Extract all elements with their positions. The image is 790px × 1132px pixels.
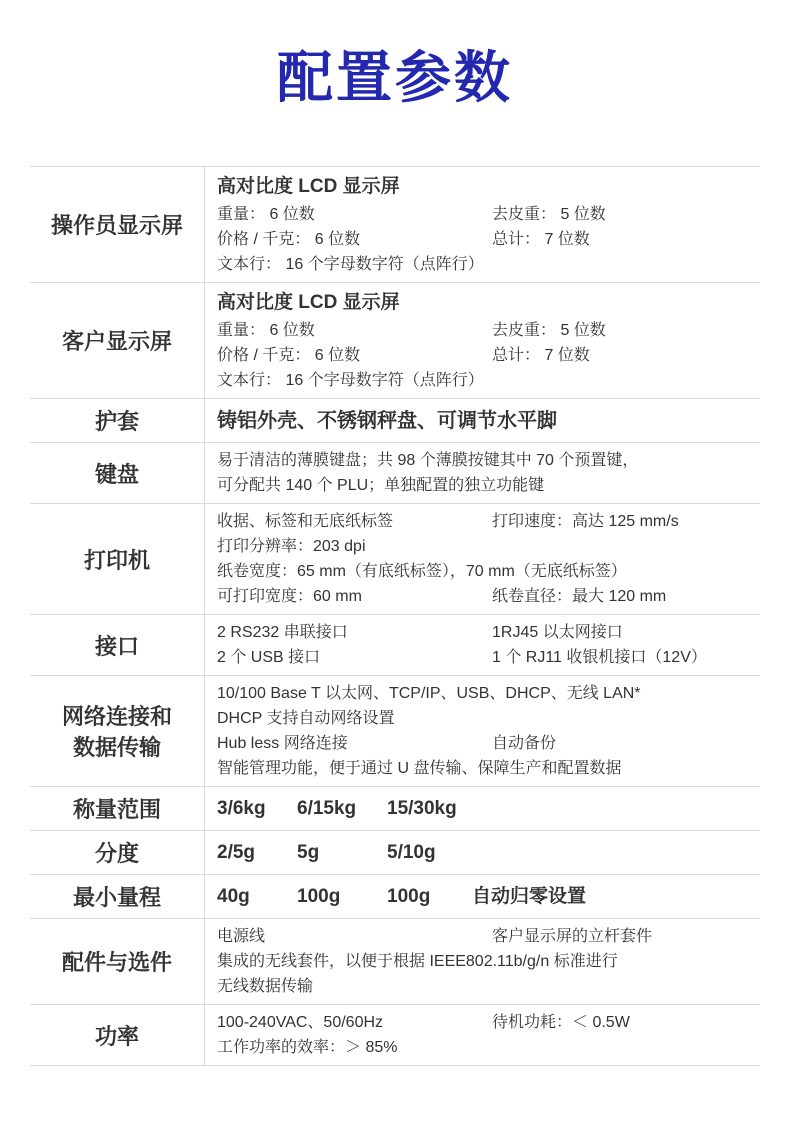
spec-value: 100g [387,882,472,912]
spec-value-left: 2 RS232 串联接口 [217,620,492,645]
spec-table: 操作员显示屏高对比度 LCD 显示屏重量： 6 位数去皮重： 5 位数价格 / … [30,166,760,1066]
spec-value-right: 1RJ45 以太网接口 [492,620,750,645]
spec-line: 40g100g100g自动归零设置 [217,882,750,912]
page-title: 配置参数 [0,46,790,110]
spec-value-right: 客户显示屏的立杆套件 [492,924,750,949]
row-label-power: 功率 [30,1005,205,1065]
spec-value-left: Hub less 网络连接 [217,731,492,756]
spec-row-printer: 打印机收据、标签和无底纸标签打印速度：高达 125 mm/s打印分辨率：203 … [30,503,760,614]
row-content-printer: 收据、标签和无底纸标签打印速度：高达 125 mm/s打印分辨率：203 dpi… [205,504,760,614]
row-label-printer: 打印机 [30,504,205,614]
spec-row-housing: 护套铸铝外壳、不锈钢秤盘、可调节水平脚 [30,398,760,442]
spec-line: 高对比度 LCD 显示屏 [217,288,750,318]
spec-value: 40g [217,882,297,912]
row-label-operator-display: 操作员显示屏 [30,167,205,282]
spec-row-customer-display: 客户显示屏高对比度 LCD 显示屏重量： 6 位数去皮重： 5 位数价格 / 千… [30,282,760,398]
row-label-weighing-range: 称量范围 [30,787,205,830]
spec-value-left: 100-240VAC、50/60Hz [217,1010,492,1035]
spec-value-left: 电源线 [217,924,492,949]
page: { "colors": { "title_blue": "#2328ae", "… [0,46,790,1132]
spec-line: 电源线客户显示屏的立杆套件 [217,924,750,949]
spec-value-left: 重量： 6 位数 [217,318,492,343]
spec-line: 智能管理功能，便于通过 U 盘传输、保障生产和配置数据 [217,756,750,781]
spec-row-accessories: 配件与选件电源线客户显示屏的立杆套件集成的无线套件，以便于根据 IEEE802.… [30,918,760,1004]
spec-line: 3/6kg6/15kg15/30kg [217,794,750,824]
spec-line: 价格 / 千克： 6 位数总计： 7 位数 [217,227,750,252]
row-content-housing: 铸铝外壳、不锈钢秤盘、可调节水平脚 [205,399,760,442]
spec-value-left: 可打印宽度：60 mm [217,584,492,609]
row-label-accessories: 配件与选件 [30,919,205,1004]
spec-line: 易于清洁的薄膜键盘；共 98 个薄膜按键其中 70 个预置键， [217,448,750,473]
row-content-power: 100-240VAC、50/60Hz待机功耗：＜ 0.5W工作功率的效率：＞ 8… [205,1005,760,1065]
spec-value-left: 重量： 6 位数 [217,202,492,227]
spec-line: 2/5g5g5/10g [217,838,750,868]
spec-row-interfaces: 接口2 RS232 串联接口1RJ45 以太网接口2 个 USB 接口1 个 R… [30,614,760,675]
spec-value-right: 总计： 7 位数 [492,343,750,368]
spec-row-division: 分度2/5g5g5/10g [30,830,760,874]
spec-row-weighing-range: 称量范围3/6kg6/15kg15/30kg [30,786,760,830]
spec-line: 纸卷宽度：65 mm（有底纸标签），70 mm（无底纸标签） [217,559,750,584]
spec-line: 2 RS232 串联接口1RJ45 以太网接口 [217,620,750,645]
row-content-keyboard: 易于清洁的薄膜键盘；共 98 个薄膜按键其中 70 个预置键，可分配共 140 … [205,443,760,503]
row-label-division: 分度 [30,831,205,874]
spec-line: 10/100 Base T 以太网、TCP/IP、USB、DHCP、无线 LAN… [217,681,750,706]
row-content-min-capacity: 40g100g100g自动归零设置 [205,875,760,918]
spec-line: 2 个 USB 接口1 个 RJ11 收银机接口（12V） [217,645,750,670]
row-label-housing: 护套 [30,399,205,442]
spec-value: 2/5g [217,838,297,868]
spec-line: Hub less 网络连接自动备份 [217,731,750,756]
spec-line: 重量： 6 位数去皮重： 5 位数 [217,202,750,227]
spec-line: 可打印宽度：60 mm纸卷直径：最大 120 mm [217,584,750,609]
spec-line: 重量： 6 位数去皮重： 5 位数 [217,318,750,343]
row-label-keyboard: 键盘 [30,443,205,503]
spec-value: 100g [297,882,387,912]
spec-value-extra: 自动归零设置 [472,886,586,907]
spec-value-left: 价格 / 千克： 6 位数 [217,343,492,368]
row-label-interfaces: 接口 [30,615,205,675]
spec-value: 15/30kg [387,794,472,824]
spec-line: 可分配共 140 个 PLU；单独配置的独立功能键 [217,473,750,498]
spec-line: 高对比度 LCD 显示屏 [217,172,750,202]
spec-value-right: 打印速度：高达 125 mm/s [492,509,750,534]
spec-row-min-capacity: 最小量程40g100g100g自动归零设置 [30,874,760,918]
row-label-min-capacity: 最小量程 [30,875,205,918]
row-content-division: 2/5g5g5/10g [205,831,760,874]
row-content-interfaces: 2 RS232 串联接口1RJ45 以太网接口2 个 USB 接口1 个 RJ1… [205,615,760,675]
spec-value: 5g [297,838,387,868]
row-content-customer-display: 高对比度 LCD 显示屏重量： 6 位数去皮重： 5 位数价格 / 千克： 6 … [205,283,760,398]
spec-value-right: 去皮重： 5 位数 [492,202,750,227]
spec-line: 文本行： 16 个字母数字符（点阵行） [217,252,750,277]
spec-value-left: 价格 / 千克： 6 位数 [217,227,492,252]
spec-row-operator-display: 操作员显示屏高对比度 LCD 显示屏重量： 6 位数去皮重： 5 位数价格 / … [30,166,760,282]
spec-value-right: 1 个 RJ11 收银机接口（12V） [492,645,750,670]
spec-line: 铸铝外壳、不锈钢秤盘、可调节水平脚 [217,405,750,437]
spec-line: 无线数据传输 [217,974,750,999]
row-label-customer-display: 客户显示屏 [30,283,205,398]
spec-line: DHCP 支持自动网络设置 [217,706,750,731]
spec-line: 工作功率的效率：＞ 85% [217,1035,750,1060]
spec-line: 打印分辨率：203 dpi [217,534,750,559]
row-content-weighing-range: 3/6kg6/15kg15/30kg [205,787,760,830]
spec-value: 5/10g [387,838,472,868]
spec-line: 集成的无线套件，以便于根据 IEEE802.11b/g/n 标准进行 [217,949,750,974]
spec-row-power: 功率100-240VAC、50/60Hz待机功耗：＜ 0.5W工作功率的效率：＞… [30,1004,760,1065]
spec-value-right: 总计： 7 位数 [492,227,750,252]
spec-line: 文本行： 16 个字母数字符（点阵行） [217,368,750,393]
spec-value: 6/15kg [297,794,387,824]
spec-line: 100-240VAC、50/60Hz待机功耗：＜ 0.5W [217,1010,750,1035]
row-label-network: 网络连接和 数据传输 [30,676,205,786]
spec-line: 收据、标签和无底纸标签打印速度：高达 125 mm/s [217,509,750,534]
row-content-network: 10/100 Base T 以太网、TCP/IP、USB、DHCP、无线 LAN… [205,676,760,786]
spec-value-left: 2 个 USB 接口 [217,645,492,670]
spec-value-left: 收据、标签和无底纸标签 [217,509,492,534]
spec-value: 3/6kg [217,794,297,824]
spec-value-right: 纸卷直径：最大 120 mm [492,584,750,609]
spec-line: 价格 / 千克： 6 位数总计： 7 位数 [217,343,750,368]
spec-row-network: 网络连接和 数据传输10/100 Base T 以太网、TCP/IP、USB、D… [30,675,760,786]
spec-value-right: 待机功耗：＜ 0.5W [492,1010,750,1035]
spec-value-right: 自动备份 [492,731,750,756]
row-content-accessories: 电源线客户显示屏的立杆套件集成的无线套件，以便于根据 IEEE802.11b/g… [205,919,760,1004]
row-content-operator-display: 高对比度 LCD 显示屏重量： 6 位数去皮重： 5 位数价格 / 千克： 6 … [205,167,760,282]
spec-row-keyboard: 键盘易于清洁的薄膜键盘；共 98 个薄膜按键其中 70 个预置键，可分配共 14… [30,442,760,503]
spec-value-right: 去皮重： 5 位数 [492,318,750,343]
